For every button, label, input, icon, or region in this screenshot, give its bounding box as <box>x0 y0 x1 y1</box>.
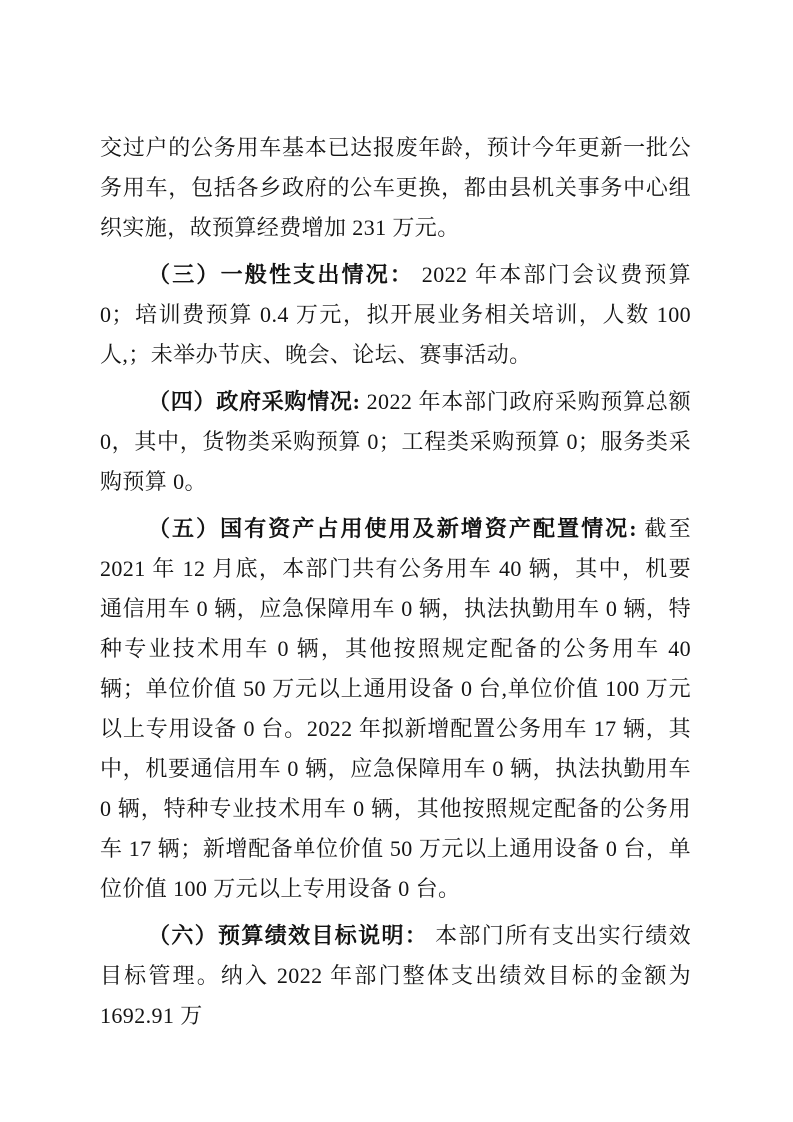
para-government-procurement: （四）政府采购情况: 2022 年本部门政府采购预算总额 0，其中，货物类采购预… <box>100 382 691 502</box>
paragraph-text: 交过户的公务用车基本已达报废年龄，预计今年更新一批公务用车，包括各乡政府的公车更… <box>100 135 691 240</box>
para-vehicle-transfer: 交过户的公务用车基本已达报废年龄，预计今年更新一批公务用车，包括各乡政府的公车更… <box>100 128 691 248</box>
para-performance-targets: （六）预算绩效目标说明： 本部门所有支出实行绩效目标管理。纳入 2022 年部门… <box>100 916 691 1036</box>
heading-state-assets: （五）国有资产占用使用及新增资产配置情况: <box>148 516 637 541</box>
para-state-assets: （五）国有资产占用使用及新增资产配置情况: 截至 2021 年 12 月底，本部… <box>100 509 691 909</box>
document-page: 交过户的公务用车基本已达报废年龄，预计今年更新一批公务用车，包括各乡政府的公车更… <box>0 0 793 1122</box>
heading-general-expenditure: （三）一般性支出情况： <box>148 262 414 287</box>
paragraph-text: 截至 2021 年 12 月底，本部门共有公务用车 40 辆，其中，机要通信用车… <box>100 516 691 901</box>
heading-government-procurement: （四）政府采购情况: <box>148 389 360 414</box>
para-general-expenditure: （三）一般性支出情况： 2022 年本部门会议费预算 0；培训费预算 0.4 万… <box>100 255 691 375</box>
text-block: 交过户的公务用车基本已达报废年龄，预计今年更新一批公务用车，包括各乡政府的公车更… <box>100 128 691 1036</box>
heading-performance-targets: （六）预算绩效目标说明： <box>148 923 428 948</box>
